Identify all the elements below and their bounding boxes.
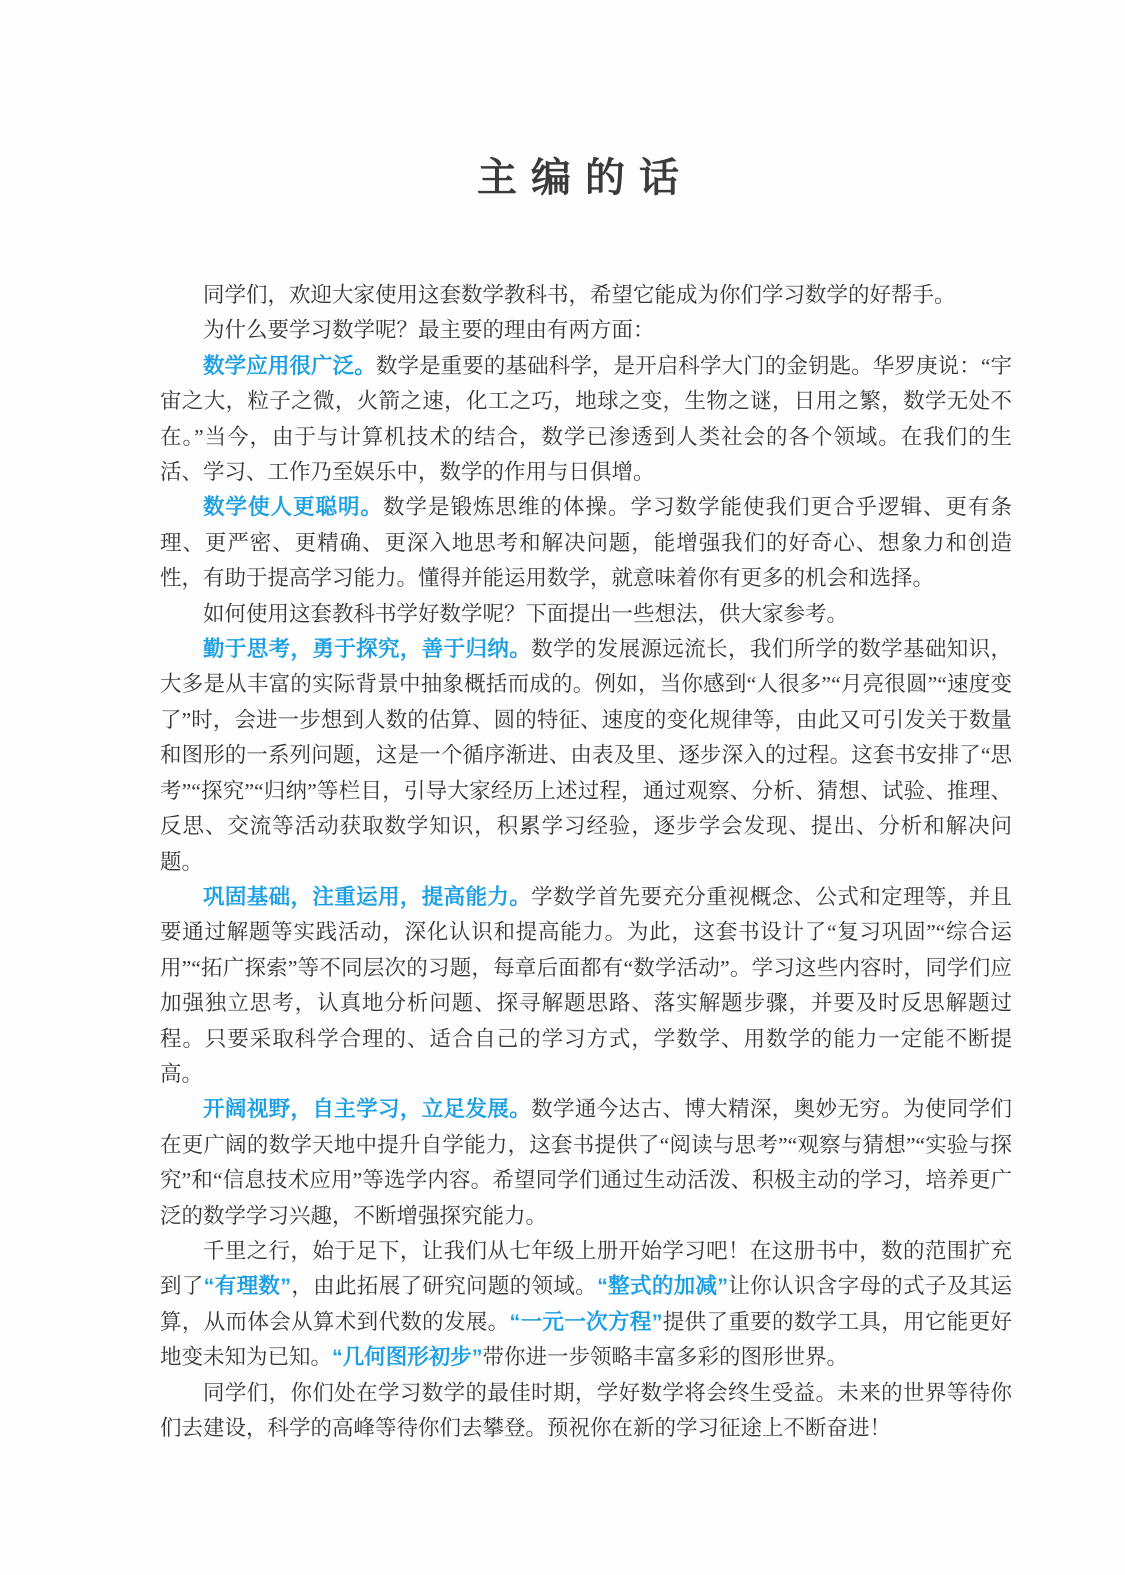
body-text: 学数学首先要充分重视概念、公式和定理等，并且要通过解题等实践活动，深化认识和提高… xyxy=(160,885,1012,1086)
emphasis-term: 勤于思考，勇于探究，善于归纳。 xyxy=(203,637,531,661)
emphasis-term: “一元一次方程” xyxy=(510,1310,663,1334)
emphasis-term: “几何图形初步” xyxy=(332,1345,483,1369)
preface-paragraph: 千里之行，始于足下，让我们从七年级上册开始学习吧！在这册书中，数的范围扩充到了“… xyxy=(160,1234,1012,1376)
body-text: 同学们，欢迎大家使用这套数学教科书，希望它能成为你们学习数学的好帮手。 xyxy=(203,283,956,307)
preface-paragraph: 同学们，欢迎大家使用这套数学教科书，希望它能成为你们学习数学的好帮手。 xyxy=(160,278,1012,313)
preface-paragraph: 开阔视野，自主学习，立足发展。数学通今达古、博大精深，奥妙无穷。为使同学们在更广… xyxy=(160,1092,1012,1234)
body-text: 数学的发展源远流长，我们所学的数学基础知识，大多是从丰富的实际背景中抽象概括而成… xyxy=(160,637,1012,873)
preface-paragraph: 同学们，你们处在学习数学的最佳时期，学好数学将会终生受益。未来的世界等待你们去建… xyxy=(160,1376,1012,1447)
preface-paragraph: 为什么要学习数学呢？最主要的理由有两方面： xyxy=(160,313,1012,348)
emphasis-term: 巩固基础，注重运用，提高能力。 xyxy=(203,885,531,909)
preface-paragraph: 巩固基础，注重运用，提高能力。学数学首先要充分重视概念、公式和定理等，并且要通过… xyxy=(160,880,1012,1092)
body-text: 为什么要学习数学呢？最主要的理由有两方面： xyxy=(203,318,655,342)
emphasis-term: 开阔视野，自主学习，立足发展。 xyxy=(203,1097,531,1121)
emphasis-term: 数学使人更聪明。 xyxy=(203,495,383,519)
emphasis-term: “整式的加减” xyxy=(597,1274,728,1298)
preface-paragraph: 如何使用这套教科书学好数学呢？下面提出一些想法，供大家参考。 xyxy=(160,597,1012,632)
body-text: 同学们，你们处在学习数学的最佳时期，学好数学将会终生受益。未来的世界等待你们去建… xyxy=(160,1381,1012,1440)
preface-paragraph: 数学使人更聪明。数学是锻炼思维的体操。学习数学能使我们更合乎逻辑、更有条理、更严… xyxy=(160,490,1012,596)
preface-paragraph: 数学应用很广泛。数学是重要的基础科学，是开启科学大门的金钥匙。华罗庚说：“宇宙之… xyxy=(160,349,1012,491)
body-text: ，由此拓展了研究问题的领域。 xyxy=(291,1274,597,1298)
preface-body: 同学们，欢迎大家使用这套数学教科书，希望它能成为你们学习数学的好帮手。为什么要学… xyxy=(160,278,1012,1446)
emphasis-term: 数学应用很广泛。 xyxy=(203,354,376,378)
body-text: 带你进一步领略丰富多彩的图形世界。 xyxy=(483,1345,849,1369)
body-text: 如何使用这套教科书学好数学呢？下面提出一些想法，供大家参考。 xyxy=(203,602,848,626)
textbook-preface-page: 主编的话 同学们，欢迎大家使用这套数学教科书，希望它能成为你们学习数学的好帮手。… xyxy=(0,0,1125,1575)
emphasis-term: “有理数” xyxy=(204,1274,291,1298)
preface-paragraph: 勤于思考，勇于探究，善于归纳。数学的发展源远流长，我们所学的数学基础知识，大多是… xyxy=(160,632,1012,880)
page-title: 主编的话 xyxy=(160,146,1010,203)
